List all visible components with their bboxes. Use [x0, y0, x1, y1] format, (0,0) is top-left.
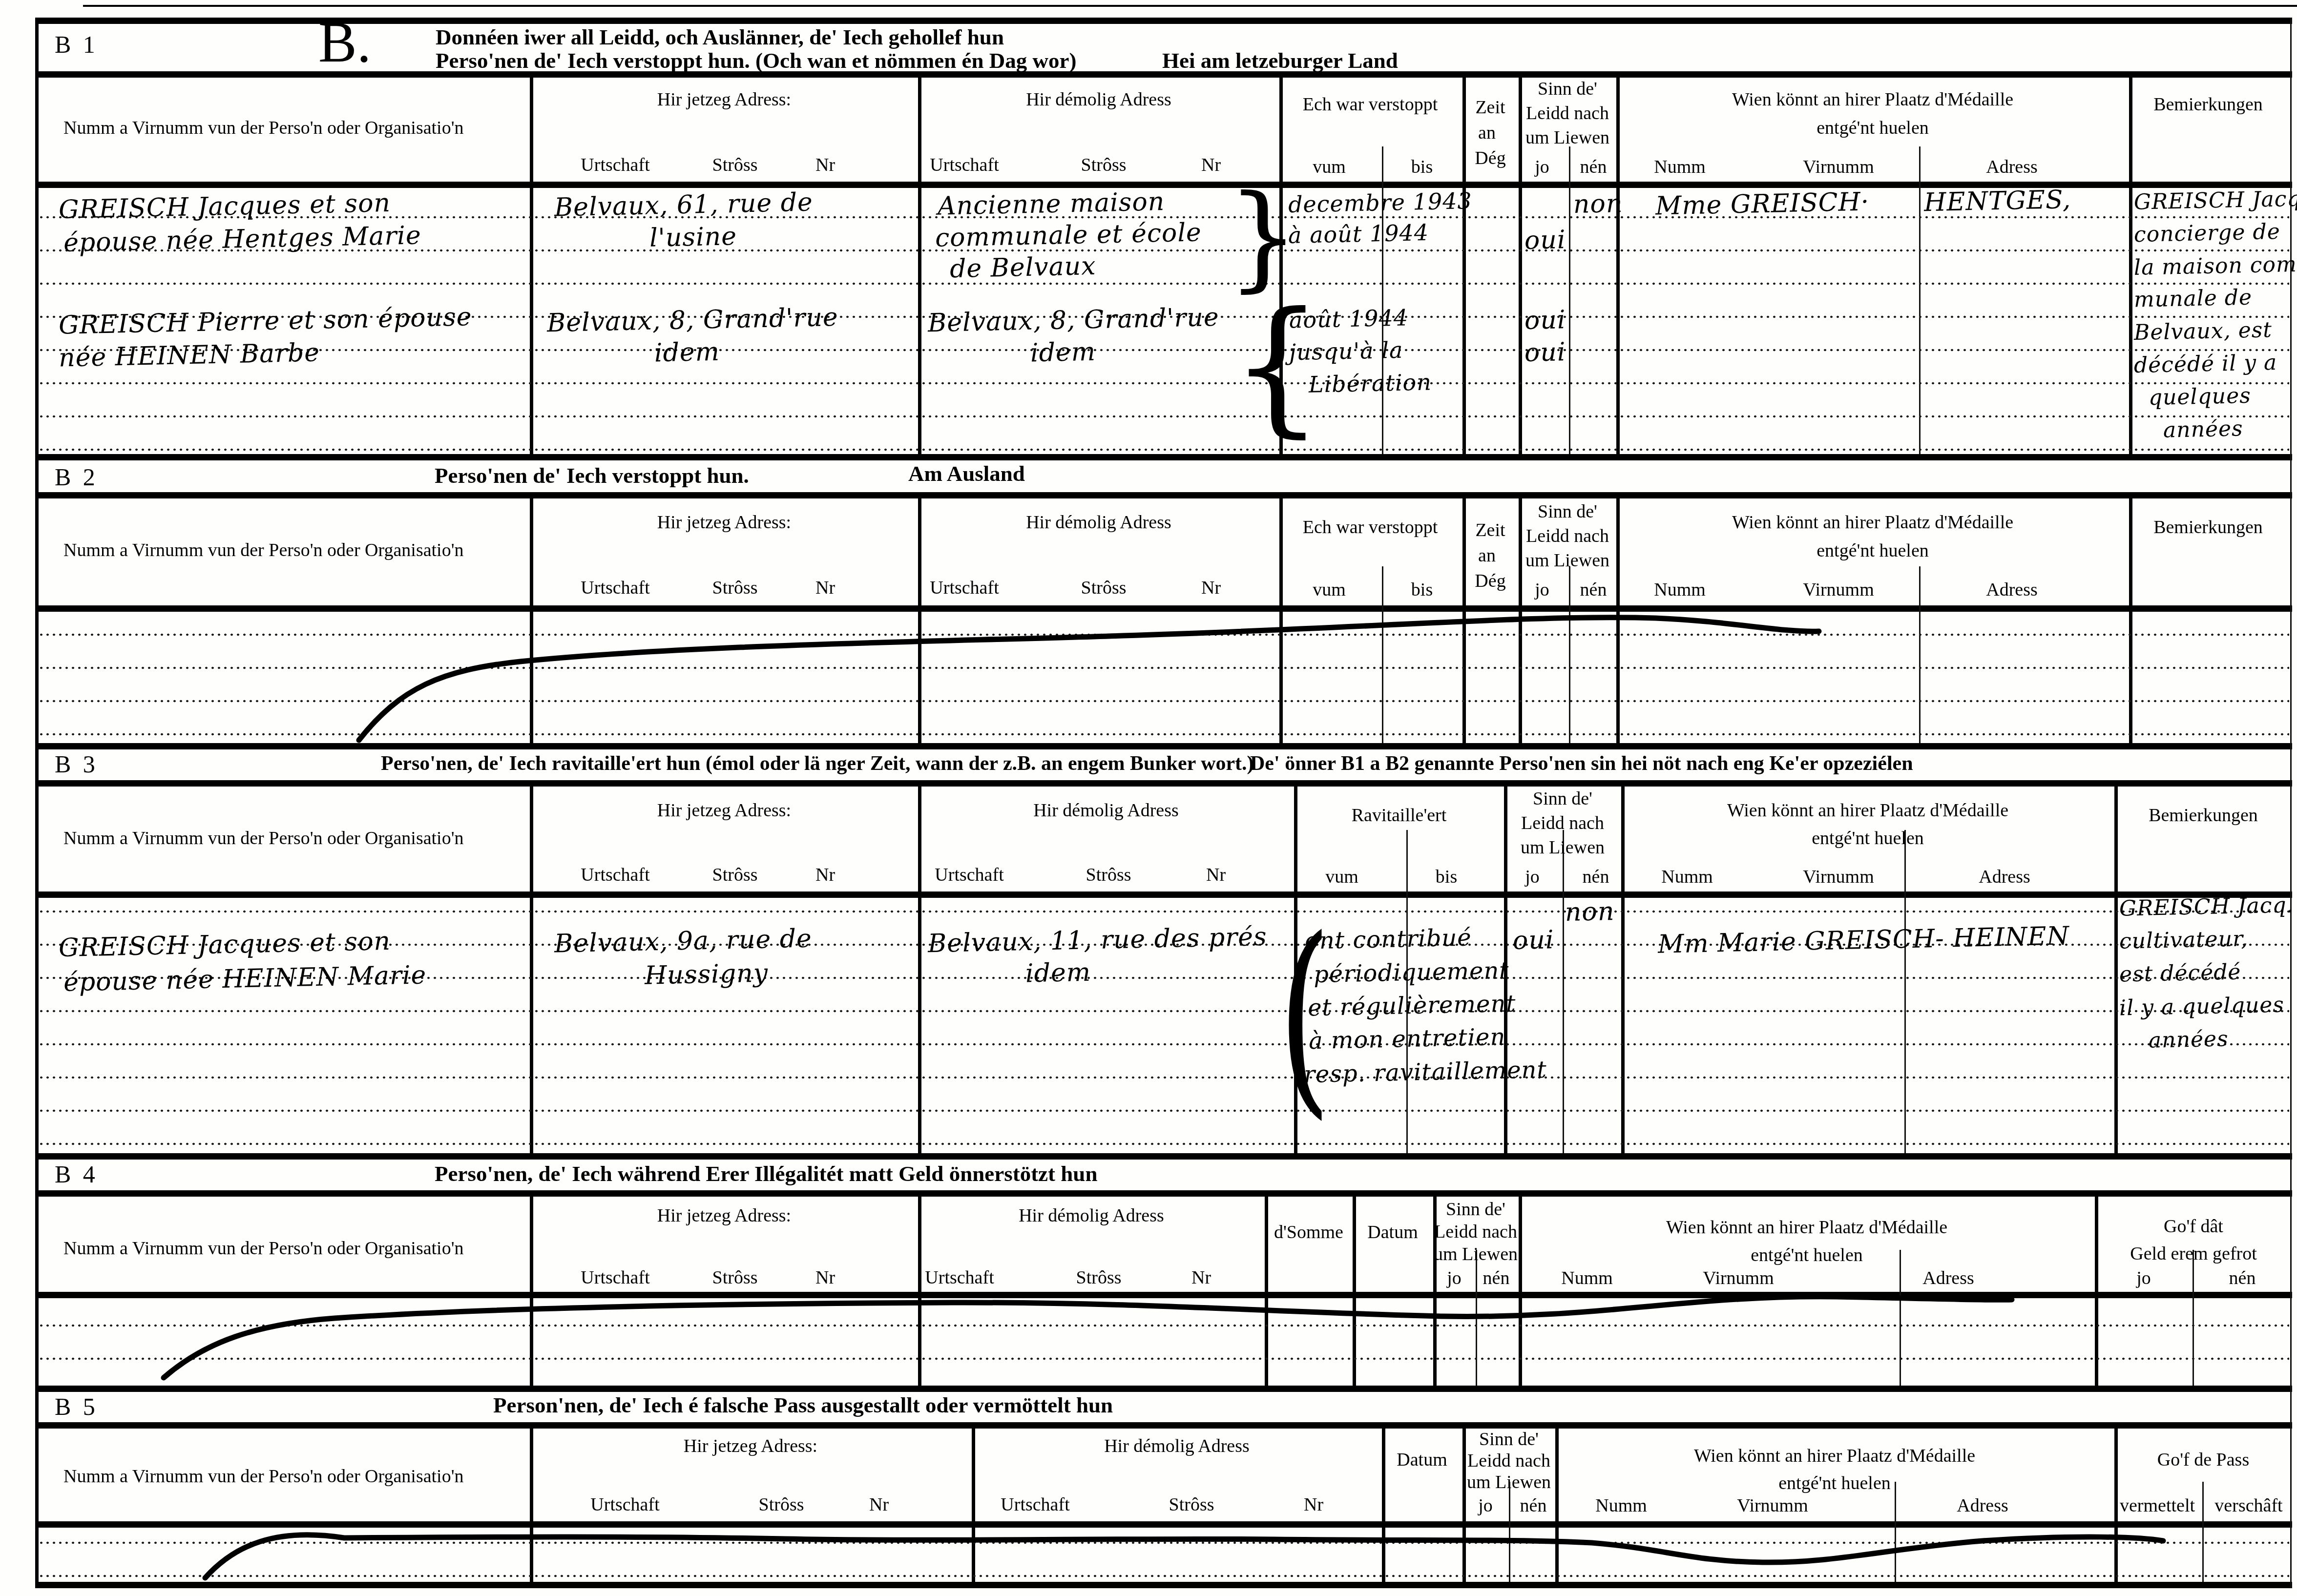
b5-col-header-nen: nén — [1520, 1495, 1547, 1516]
b5-col-header-jetzeg: Hir jetzeg Adress: — [684, 1435, 817, 1457]
b2-col-header-numm: Numm — [1654, 579, 1706, 601]
entry-rav-line: à mon entretien — [1308, 1023, 1505, 1055]
b4-col-header-adress: Adress — [1922, 1267, 1974, 1289]
top-edge-line — [83, 5, 2297, 7]
b1-col-header-bem: Bemierkungen — [2153, 94, 2263, 115]
b5-col-header-urtschaft2: Urtschaft — [1001, 1494, 1069, 1515]
b3-col-header-demolig: Hir démolig Adress — [1033, 800, 1179, 821]
b5-col-header-wien2: entgé'nt huelen — [1778, 1472, 1890, 1494]
entry-bem-line: années — [2163, 416, 2243, 442]
entry-rav-line: ont contribué — [1304, 924, 1472, 954]
entry-name-line: née HEINEN Barbe — [58, 338, 320, 373]
b5-col-header-urtschaft: Urtschaft — [590, 1494, 659, 1515]
b1-col-header-sinn1: Sinn de' — [1538, 78, 1597, 100]
section-id-b5: B 5 — [55, 1392, 98, 1421]
scanned-form-page: B 1 B. Donnéen iwer all Leidd, och Auslä… — [0, 0, 2297, 1596]
entry-jo-value: oui — [1524, 337, 1566, 368]
b5-col-header-wien1: Wien könnt an hirer Plaatz d'Médaille — [1694, 1445, 1975, 1467]
b3-col-header-bis: bis — [1436, 866, 1457, 888]
b1-col-header-wien2: entgé'nt huelen — [1817, 117, 1928, 139]
entry-date-line: Libération — [1308, 369, 1432, 397]
entry-address-line: idem — [1030, 337, 1096, 368]
rule-b4-title-bottom — [35, 1190, 2292, 1197]
b3-col-header-stross: Strôss — [712, 864, 758, 886]
b5-col-header-numm: Numm — [1595, 1495, 1647, 1516]
b1-col-header-virnumm: Virnumm — [1803, 156, 1874, 178]
entry-address-line: de Belvaux — [949, 251, 1096, 284]
b2-col-header-zeit1: Zeit — [1475, 519, 1505, 541]
entry-rav-line: et régulièrement — [1307, 990, 1516, 1022]
b5-col-header-adress: Adress — [1957, 1495, 2008, 1516]
b5-col-header-nr2: Nr — [1304, 1494, 1323, 1515]
b4-col-header-nen2: nén — [2229, 1267, 2256, 1289]
b1-col-header-numm: Numm — [1654, 156, 1706, 178]
entry-bem-line: cultivateur, — [2119, 926, 2248, 954]
rule-b3-title-bottom — [35, 780, 2292, 787]
b2-col-header-verstoppt: Ech war verstoppt — [1303, 517, 1438, 538]
b2-col-header-zeit2: an — [1478, 545, 1496, 566]
rule-b2-top — [35, 454, 2292, 460]
entry-nen-value: non — [1573, 189, 1623, 219]
b2-col-header-sinn2: Leidd nach — [1526, 525, 1609, 547]
b4-col-header-sinn3: um Liewen — [1434, 1244, 1518, 1265]
b1-col-header-zeit2: an — [1478, 122, 1496, 144]
b4-col-header-gof1: Go'f dât — [2164, 1216, 2223, 1237]
b1-col-header-nen: nén — [1580, 156, 1607, 178]
b2-col-header-bis: bis — [1411, 579, 1433, 601]
b5-dotted-rows — [38, 1526, 2289, 1580]
b4-col-header-nr: Nr — [815, 1267, 835, 1288]
entry-bem-line: munale de — [2133, 285, 2252, 312]
entry-bem-line: il y a quelques — [2119, 992, 2285, 1020]
b4-col-header-gof2: Geld erem gefrot — [2130, 1243, 2257, 1264]
b4-col-header-stross: Strôss — [712, 1267, 758, 1288]
section-id-b1: B 1 — [55, 30, 98, 59]
entry-jo-value: oui — [1524, 305, 1566, 335]
section-id-b3: B 3 — [55, 750, 98, 778]
b2-col-header-wien2: entgé'nt huelen — [1817, 540, 1928, 561]
entry-bem-line: est décédé — [2119, 959, 2241, 987]
b4-col-header-virnumm: Virnumm — [1703, 1267, 1774, 1289]
b4-col-header-jetzeg: Hir jetzeg Adress: — [657, 1205, 791, 1226]
rule-b3-top — [35, 743, 2292, 749]
b1-col-header-sinn3: um Liewen — [1525, 127, 1609, 148]
b2-col-header-name: Numm a Virnumm vun der Perso'n oder Orga… — [63, 539, 464, 561]
b2-col-header-adress: Adress — [1986, 579, 2038, 601]
b2-title-suffix: Am Ausland — [908, 461, 1025, 486]
b4-col-header-sinn2: Leidd nach — [1434, 1221, 1517, 1243]
rule-b1-top — [35, 18, 2292, 24]
b3-col-header-numm: Numm — [1661, 866, 1713, 888]
entry-address-line: idem — [1025, 958, 1091, 989]
b1-col-header-jetzeg: Hir jetzeg Adress: — [657, 89, 791, 110]
b1-col-header-verstoppt: Ech war verstoppt — [1303, 94, 1438, 115]
b5-col-header-jo: jo — [1478, 1495, 1493, 1516]
b5-col-header-sinn1: Sinn de' — [1479, 1429, 1539, 1450]
b2-col-header-stross: Strôss — [712, 577, 758, 599]
rule-b5-top — [35, 1386, 2292, 1392]
b5-col-header-verschaft: verschâft — [2214, 1495, 2282, 1516]
b2-col-header-sinn1: Sinn de' — [1538, 501, 1597, 522]
b5-col-header-gofpass: Go'f de Pass — [2157, 1449, 2249, 1471]
entry-address-line: communale et école — [935, 218, 1202, 252]
b5-col-header-virnumm: Virnumm — [1737, 1495, 1808, 1516]
b3-col-header-nr2: Nr — [1206, 864, 1226, 886]
b4-col-header-jo: jo — [1447, 1267, 1462, 1289]
b1-title-suffix: Hei am letzeburger Land — [1162, 48, 1398, 73]
b1-col-header-sinn2: Leidd nach — [1526, 103, 1609, 124]
b4-col-header-demolig: Hir démolig Adress — [1019, 1205, 1164, 1226]
b4-col-header-wien2: entgé'nt huelen — [1751, 1244, 1862, 1266]
b1-col-header-bis: bis — [1411, 156, 1433, 178]
b1-title-line1: Donnéen iwer all Leidd, och Auslänner, d… — [436, 24, 1004, 50]
section-id-b4: B 4 — [55, 1160, 98, 1188]
b3-col-header-rav: Ravitaille'ert — [1352, 805, 1447, 826]
entry-address-line: Belvaux, 9a, rue de — [554, 924, 812, 958]
b3-col-header-wien2: entgé'nt huelen — [1812, 828, 1923, 849]
b1-col-header-jo: jo — [1535, 156, 1549, 178]
b4-col-header-sinn1: Sinn de' — [1446, 1199, 1505, 1220]
b1-col-header-nr: Nr — [815, 154, 835, 176]
b1-col-header-zeit3: Dég — [1475, 147, 1505, 169]
b3-col-header-sinn2: Leidd nach — [1521, 812, 1604, 834]
b4-col-header-nr2: Nr — [1191, 1267, 1211, 1288]
b2-col-header-zeit3: Dég — [1475, 570, 1505, 592]
entry-address-line: Belvaux, 8, Grand'rue — [546, 303, 838, 338]
entry-bem-line: décédé il y a — [2133, 350, 2277, 378]
b1-title-line2: Perso'nen de' Iech verstoppt hun. (Och w… — [436, 48, 1076, 73]
b2-col-header-urtschaft2: Urtschaft — [930, 577, 999, 599]
b2-col-header-urtschaft: Urtschaft — [581, 577, 649, 599]
b1-col-header-wien1: Wien könnt an hirer Plaatz d'Médaille — [1732, 89, 2013, 110]
b1-col-header-urtschaft2: Urtschaft — [930, 154, 999, 176]
b5-title: Person'nen, de' Iech é falsche Pass ausg… — [493, 1392, 1113, 1418]
b3-col-header-adress: Adress — [1979, 866, 2030, 888]
b4-col-header-name: Numm a Virnumm vun der Perso'n oder Orga… — [63, 1238, 464, 1259]
entry-bem-line: concierge de — [2133, 219, 2280, 247]
b1-col-header-demolig: Hir démolig Adress — [1026, 89, 1171, 110]
b2-title: Perso'nen de' Iech verstoppt hun. — [435, 463, 749, 488]
entry-medaille-virnumm: HENTGES, — [1923, 185, 2071, 217]
entry-date-line: decembre 1943 — [1288, 187, 1472, 218]
entry-date-line: août 1944 — [1289, 304, 1408, 333]
b4-col-header-numm: Numm — [1561, 1267, 1613, 1289]
entry-address-line: Belvaux, 61, rue de — [554, 187, 813, 222]
b1-col-header-zeit1: Zeit — [1475, 97, 1505, 118]
b2-col-header-sinn3: um Liewen — [1525, 550, 1609, 571]
b4-col-header-urtschaft2: Urtschaft — [925, 1267, 994, 1288]
entry-bem-line: la maison com= — [2134, 251, 2297, 280]
b5-col-header-stross: Strôss — [759, 1494, 804, 1515]
b4-col-header-stross2: Strôss — [1076, 1267, 1122, 1288]
b1-col-header-adress: Adress — [1986, 156, 2038, 178]
entry-bem-line: Belvaux, est — [2133, 317, 2272, 345]
b3-col-header-virnumm: Virnumm — [1803, 866, 1874, 888]
entry-jo-value: oui — [1524, 225, 1566, 255]
b4-col-header-jo2: jo — [2136, 1267, 2151, 1289]
b3-col-header-name: Numm a Virnumm vun der Perso'n oder Orga… — [63, 828, 464, 849]
b3-col-header-nr: Nr — [815, 864, 835, 886]
b1-col-header-urtschaft: Urtschaft — [581, 154, 649, 176]
b3-col-header-jetzeg: Hir jetzeg Adress: — [657, 800, 791, 821]
entry-address-line: Hussigny — [644, 958, 768, 990]
b1-col-header-stross: Strôss — [712, 154, 758, 176]
entry-jo-value: oui — [1512, 925, 1554, 955]
b1-col-header-nr2: Nr — [1201, 154, 1221, 176]
rule-b2-title-bottom — [35, 492, 2292, 498]
b3-col-header-urtschaft2: Urtschaft — [935, 864, 1003, 886]
entry-rav-line: resp. ravitaillement — [1303, 1056, 1547, 1088]
entry-medaille-numm: Mme GREISCH· — [1655, 187, 1870, 221]
b4-col-header-datum: Datum — [1367, 1222, 1418, 1243]
b2-col-header-nr2: Nr — [1201, 577, 1221, 599]
b3-title2: De' önner B1 a B2 genannte Perso'nen sin… — [1250, 752, 1913, 775]
b3-col-header-sinn3: um Liewen — [1521, 837, 1605, 858]
entry-bem-line: années — [2148, 1026, 2229, 1053]
entry-address-line: Ancienne maison — [937, 187, 1165, 221]
b3-col-header-wien1: Wien könnt an hirer Plaatz d'Médaille — [1727, 800, 2008, 821]
b3-title: Perso'nen, de' Iech ravitaille'ert hun (… — [381, 752, 1254, 775]
b5-col-header-name: Numm a Virnumm vun der Perso'n oder Orga… — [63, 1466, 464, 1487]
b1-col-header-name: Numm a Virnumm vun der Perso'n oder Orga… — [63, 117, 464, 139]
b2-col-header-nen: nén — [1580, 579, 1607, 601]
b2-dotted-rows — [38, 610, 2289, 743]
rule-b5-title-bottom — [35, 1422, 2292, 1429]
b5-col-header-demolig: Hir démolig Adress — [1104, 1435, 1250, 1457]
b4-dotted-rows — [38, 1296, 2289, 1386]
b2-col-header-virnumm: Virnumm — [1803, 579, 1874, 601]
entry-nen-value: non — [1565, 897, 1615, 927]
b3-col-header-bem: Bemierkungen — [2149, 805, 2258, 826]
rule-b4-top — [35, 1153, 2292, 1160]
b3-col-header-jo: jo — [1525, 866, 1540, 888]
b2-col-header-bem: Bemierkungen — [2153, 517, 2263, 538]
entry-rav-line: périodiquement — [1313, 957, 1509, 988]
b3-col-header-urtschaft: Urtschaft — [581, 864, 649, 886]
b5-col-header-stross2: Strôss — [1169, 1494, 1214, 1515]
b4-title: Perso'nen, de' Iech während Erer Illégal… — [435, 1161, 1097, 1186]
b2-col-header-demolig: Hir démolig Adress — [1026, 512, 1171, 533]
b2-col-header-wien1: Wien könnt an hirer Plaatz d'Médaille — [1732, 512, 2013, 533]
entry-bem-line: GREISCH Jacq. — [2134, 186, 2297, 214]
b3-col-header-vum: vum — [1325, 866, 1358, 888]
entry-address-line: idem — [654, 337, 720, 368]
section-letter-b: B. — [318, 14, 371, 71]
b3-col-header-stross2: Strôss — [1086, 864, 1131, 886]
b2-col-header-nr: Nr — [815, 577, 835, 599]
b3-col-header-nen: nén — [1583, 866, 1609, 888]
b1-col-header-stross2: Strôss — [1081, 154, 1127, 176]
b5-col-header-sinn3: um Liewen — [1467, 1472, 1551, 1493]
b5-col-header-sinn2: Leidd nach — [1467, 1450, 1550, 1472]
b2-col-header-jo: jo — [1535, 579, 1549, 601]
b4-col-header-nen: nén — [1483, 1267, 1510, 1289]
b1-col-header-vum: vum — [1313, 156, 1346, 178]
entry-address-line: Belvaux, 8, Grand'rue — [927, 303, 1219, 338]
entry-date-line: jusqu'à la — [1289, 337, 1403, 366]
b5-col-header-nr: Nr — [869, 1494, 889, 1515]
b4-col-header-wien1: Wien könnt an hirer Plaatz d'Médaille — [1666, 1217, 1947, 1238]
b2-col-header-jetzeg: Hir jetzeg Adress: — [657, 512, 791, 533]
section-id-b2: B 2 — [55, 463, 98, 491]
b4-col-header-urtschaft: Urtschaft — [581, 1267, 649, 1288]
entry-bem-line: GREISCH Jacq. — [2119, 892, 2295, 921]
b3-col-header-sinn1: Sinn de' — [1533, 788, 1592, 809]
entry-bem-line: quelques — [2148, 383, 2251, 410]
b2-col-header-stross2: Strôss — [1081, 577, 1127, 599]
b5-col-header-datum: Datum — [1397, 1449, 1447, 1471]
entry-date-line: à août 1944 — [1288, 219, 1429, 249]
rule-page-bottom — [35, 1582, 2292, 1588]
b4-col-header-somme: d'Somme — [1274, 1222, 1343, 1243]
b5-col-header-vermettelt: vermettelt — [2120, 1495, 2195, 1516]
entry-address-line: l'usine — [649, 222, 737, 253]
b2-col-header-vum: vum — [1313, 579, 1346, 601]
